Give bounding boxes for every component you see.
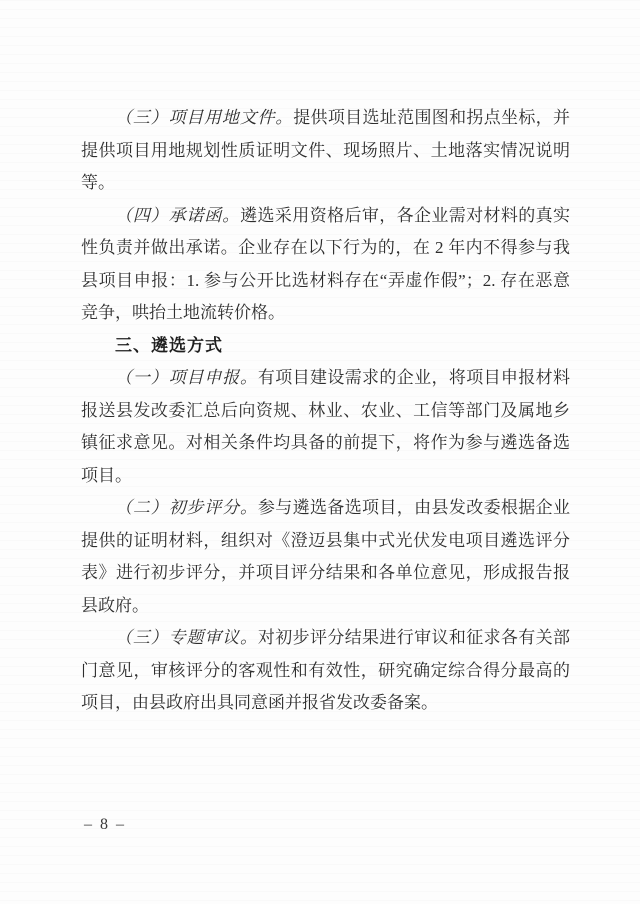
paragraph-special-review: （三）专题审议。对初步评分结果进行审议和征求各有关部门意见，审核评分的客观性和有… <box>81 622 570 720</box>
paragraph-commitment-letter: （四）承诺函。遴选采用资格后审，各企业需对材料的真实性负责并做出承诺。企业存在以… <box>81 200 570 330</box>
section-heading-selection-method: 三、遴选方式 <box>81 330 570 363</box>
paragraph-lead: （三）专题审议。 <box>115 628 258 647</box>
paragraph-lead: （四）承诺函。 <box>115 206 240 225</box>
page-number: – 8 – <box>84 816 126 834</box>
paragraph-land-documents: （三）项目用地文件。提供项目选址范围图和拐点坐标，并提供项目用地规划性质证明文件… <box>81 102 570 200</box>
paragraph-preliminary-scoring: （二）初步评分。参与遴选备选项目，由县发改委根据企业提供的证明材料，组织对《澄迈… <box>81 492 570 622</box>
paragraph-lead: （二）初步评分。 <box>115 498 258 517</box>
paragraph-lead: （三）项目用地文件。 <box>115 108 293 127</box>
document-page: （三）项目用地文件。提供项目选址范围图和拐点坐标，并提供项目用地规划性质证明文件… <box>0 0 640 904</box>
paragraph-project-application: （一）项目申报。有项目建设需求的企业，将项目申报材料报送县发改委汇总后向资规、林… <box>81 362 570 492</box>
paragraph-lead: （一）项目申报。 <box>115 368 258 387</box>
document-body: （三）项目用地文件。提供项目选址范围图和拐点坐标，并提供项目用地规划性质证明文件… <box>81 102 570 720</box>
